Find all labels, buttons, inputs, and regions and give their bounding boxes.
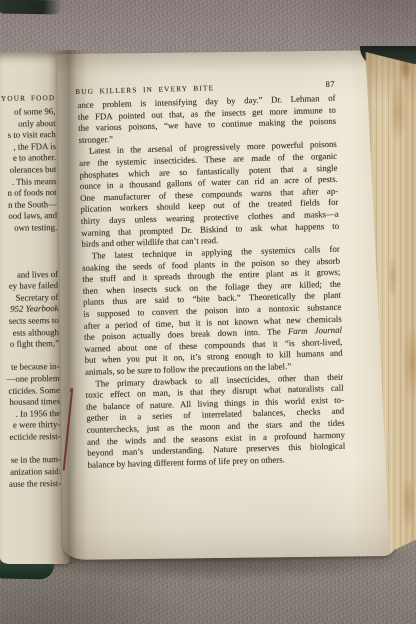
- left-running-header: N YOUR FOOD: [0, 92, 55, 106]
- page-number: 87: [325, 79, 335, 91]
- book-cover-edge-top-left: [0, 0, 62, 14]
- text-line-fragment: ause the resist-: [0, 477, 61, 491]
- text-line-fragment: ecticide resist-: [0, 431, 61, 445]
- left-page-lines: of some 96,only abouts to visit each, th…: [0, 106, 61, 491]
- open-book-photo: N YOUR FOOD of some 96,only abouts to vi…: [0, 0, 416, 624]
- right-page-lines: ance problem is intensifying day by day.…: [77, 93, 345, 472]
- left-page-text: N YOUR FOOD of some 96,only abouts to vi…: [0, 84, 64, 505]
